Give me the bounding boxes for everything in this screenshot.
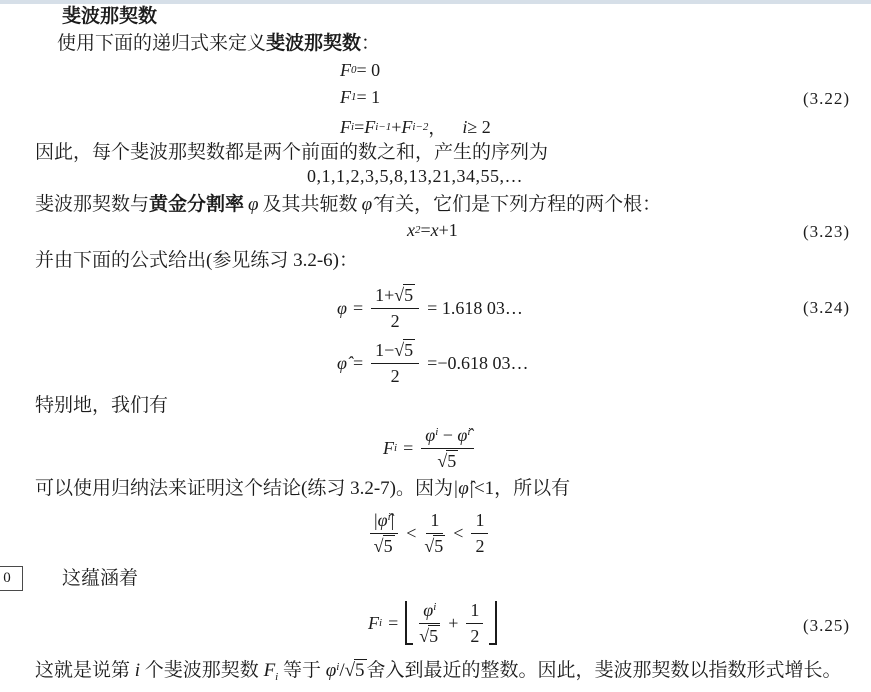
text: 舍入到最近的整数。因此，斐波那契数以指数形式增长。 — [367, 660, 842, 681]
math-minus: − — [438, 425, 457, 445]
page-edge-strip — [0, 0, 871, 4]
fibonacci-sequence: 0,1,1,2,3,5,8,13,21,34,55,… — [307, 166, 523, 187]
equation-number-325: (3.25) — [803, 616, 850, 636]
math-rhs: = 1 — [357, 87, 381, 108]
equation-number-324: (3.24) — [803, 298, 850, 318]
textbook-page: 斐波那契数 使用下面的递归式来定义斐波那契数： F0 = 0 F1 = 1 Fi… — [0, 0, 871, 692]
fraction-denominator: √5 — [437, 449, 458, 472]
text: 1+ — [375, 285, 394, 305]
paragraph-implies: 这蕴涵着 — [62, 567, 138, 591]
equation-number-322: (3.22) — [803, 89, 850, 109]
equation-fibonacci-closed-form: Fi = φi − φ̂i √5 — [383, 425, 476, 471]
fraction-denominator: 2 — [391, 364, 400, 387]
math-value: =−0.618 03… — [427, 353, 528, 374]
math-F: F — [364, 117, 375, 138]
phi-symbol: φ — [425, 425, 435, 445]
equation-inequality: |φ̂i| √5 < 1 √5 < 1 2 — [368, 510, 490, 556]
math-sub: i−1 — [375, 122, 391, 133]
phi-symbol: φ — [423, 600, 433, 620]
fraction-denominator: 2 — [475, 534, 484, 557]
intro-colon: ： — [361, 33, 380, 54]
equation-325: Fi = φi √5 + 1 2 — [368, 600, 498, 646]
abs-bar: | — [391, 510, 395, 530]
margin-page-marker: 0 — [0, 566, 23, 591]
fraction-numerator: φi − φ̂i — [421, 425, 474, 449]
equation-324b: φ̂ = 1−√5 2 =−0.618 03… — [337, 340, 534, 386]
math-equals: = — [388, 613, 398, 634]
math-F: F — [264, 660, 276, 681]
math-plus: + — [391, 117, 401, 138]
math-F: F — [383, 438, 394, 459]
left-floor-bracket — [405, 601, 413, 645]
paragraph-sum: 因此，每个斐波那契数都是两个前面的数之和，产生的序列为 — [35, 141, 548, 165]
math-sub: i — [379, 618, 382, 629]
math-F: F — [340, 60, 351, 81]
paragraph-conclusion: 这就是说第 i 个斐波那契数 Fi 等于 φi/√5舍入到最近的整数。因此，斐波… — [35, 655, 842, 689]
fraction-denominator: 2 — [391, 309, 400, 332]
section-heading: 斐波那契数 — [62, 5, 157, 29]
equation-323: x2 = x+1 — [407, 220, 458, 241]
intro-bold-term: 斐波那契数 — [266, 33, 361, 54]
math-F: F — [401, 117, 412, 138]
phi-hat-symbol: φ̂ — [362, 194, 373, 215]
fraction: |φ̂i| √5 — [370, 510, 398, 556]
fraction-numerator: |φ̂i| — [370, 510, 398, 534]
fraction: 1−√5 2 — [371, 340, 419, 386]
math-sup: i — [467, 426, 470, 438]
fraction-numerator: φi — [419, 600, 440, 624]
math-value: = 1.618 03… — [427, 298, 523, 319]
fraction-numerator: 1+√5 — [371, 285, 419, 309]
equation-number-323: (3.23) — [803, 222, 850, 242]
math-equals: = — [354, 117, 364, 138]
radicand: 5 — [383, 535, 395, 556]
text: 1− — [375, 340, 394, 360]
math-equals: = — [353, 298, 363, 319]
text: 可以使用归纳法来证明这个结论(练习 3.2-7)。因为 — [35, 478, 453, 499]
phi-hat-symbol: φ̂ — [337, 353, 347, 374]
fraction-numerator: 1−√5 — [371, 340, 419, 364]
math-rhs: = 0 — [357, 60, 381, 81]
fraction: 1 2 — [471, 510, 488, 556]
math-F: F — [340, 117, 351, 138]
equation-322-line3: Fi = Fi−1 + Fi−2，i ≥ 2 — [340, 114, 491, 140]
text: 及其共轭数 — [263, 194, 358, 215]
paragraph-induction: 可以使用归纳法来证明这个结论(练习 3.2-7)。因为|φ̂|<1，所以有 — [35, 477, 570, 501]
fraction-numerator: 1 — [471, 510, 488, 534]
phi-symbol: φ — [337, 298, 347, 319]
paragraph-in-particular: 特别地，我们有 — [35, 394, 168, 418]
fraction: φi √5 — [419, 600, 440, 646]
math-equals: = — [353, 353, 363, 374]
math-condition: ≥ 2 — [467, 117, 490, 138]
equation-322-line1: F0 = 0 — [340, 60, 380, 81]
golden-ratio-term: 黄金分割率 — [149, 194, 244, 215]
math-plus: + — [448, 613, 458, 634]
fraction-denominator: √5 — [419, 624, 440, 647]
less-than: < — [453, 523, 463, 544]
fraction-denominator: √5 — [424, 534, 445, 557]
math-F: F — [340, 87, 351, 108]
phi-hat-symbol: φ̂ — [457, 425, 467, 445]
radicand: 5 — [354, 659, 367, 681]
math-sub: i−2 — [412, 122, 428, 133]
fraction-numerator: 1 — [426, 510, 443, 534]
fraction: 1+√5 2 — [371, 285, 419, 331]
math-equals: = — [421, 220, 431, 241]
math-equals: = — [403, 438, 413, 459]
fraction: 1 2 — [466, 600, 483, 646]
text: 这就是说第 — [35, 660, 135, 681]
equation-322-line2: F1 = 1 — [340, 87, 380, 108]
text: 个斐波那契数 — [140, 660, 264, 681]
math-x: x — [407, 220, 415, 241]
less-than: < — [406, 523, 416, 544]
fraction-denominator: √5 — [374, 534, 395, 557]
radicand: 5 — [403, 339, 415, 360]
abs-phi-hat: |φ̂| — [453, 478, 474, 499]
paragraph-formula-intro: 并由下面的公式给出(参见练习 3.2-6)： — [35, 249, 358, 273]
radicand: 5 — [403, 284, 415, 305]
intro-paragraph: 使用下面的递归式来定义斐波那契数： — [57, 32, 380, 56]
radicand: 5 — [428, 625, 440, 646]
paragraph-golden-ratio: 斐波那契数与黄金分割率φ及其共轭数φ̂有关，它们是下列方程的两个根： — [35, 193, 661, 217]
fraction: φi − φ̂i √5 — [421, 425, 474, 471]
radicand: 5 — [446, 450, 458, 471]
math-sub: i — [394, 443, 397, 454]
math-x: x — [431, 220, 439, 241]
fraction: 1 √5 — [424, 510, 445, 556]
right-floor-bracket — [489, 601, 497, 645]
math-sup: i — [433, 601, 436, 613]
phi-symbol: φ — [248, 194, 259, 215]
fraction-denominator: 2 — [470, 624, 479, 647]
radicand: 5 — [433, 535, 445, 556]
equation-324a: φ = 1+√5 2 = 1.618 03… — [337, 285, 529, 331]
phi-hat-symbol: φ̂ — [378, 510, 388, 530]
fraction-numerator: 1 — [466, 600, 483, 624]
text: 等于 — [278, 660, 326, 681]
math-tail: +1 — [439, 220, 458, 241]
text: 有关，它们是下列方程的两个根： — [376, 194, 661, 215]
text: 斐波那契数与 — [35, 194, 149, 215]
phi-symbol: φ — [326, 660, 337, 681]
intro-text: 使用下面的递归式来定义 — [57, 33, 266, 54]
text: <1，所以有 — [474, 478, 570, 499]
math-F: F — [368, 613, 379, 634]
math-comma: ， — [428, 114, 446, 140]
